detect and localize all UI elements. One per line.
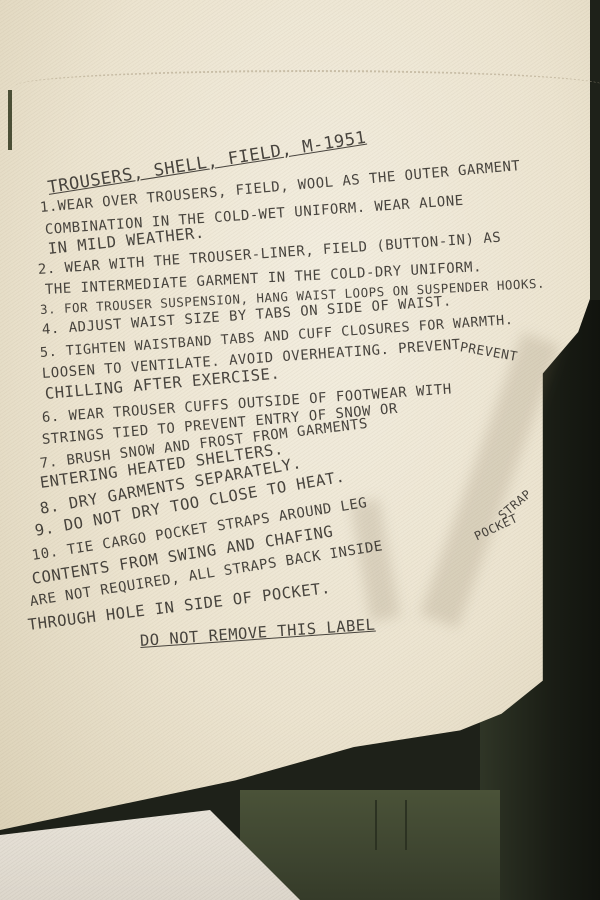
seam-stitch: [405, 800, 407, 850]
loose-thread: [8, 90, 12, 150]
photo-scene: TROUSERS, SHELL, FIELD, M-1951 1.WEAR OV…: [0, 0, 600, 900]
hem-stitching: [15, 70, 600, 102]
seam-stitch: [375, 800, 377, 850]
